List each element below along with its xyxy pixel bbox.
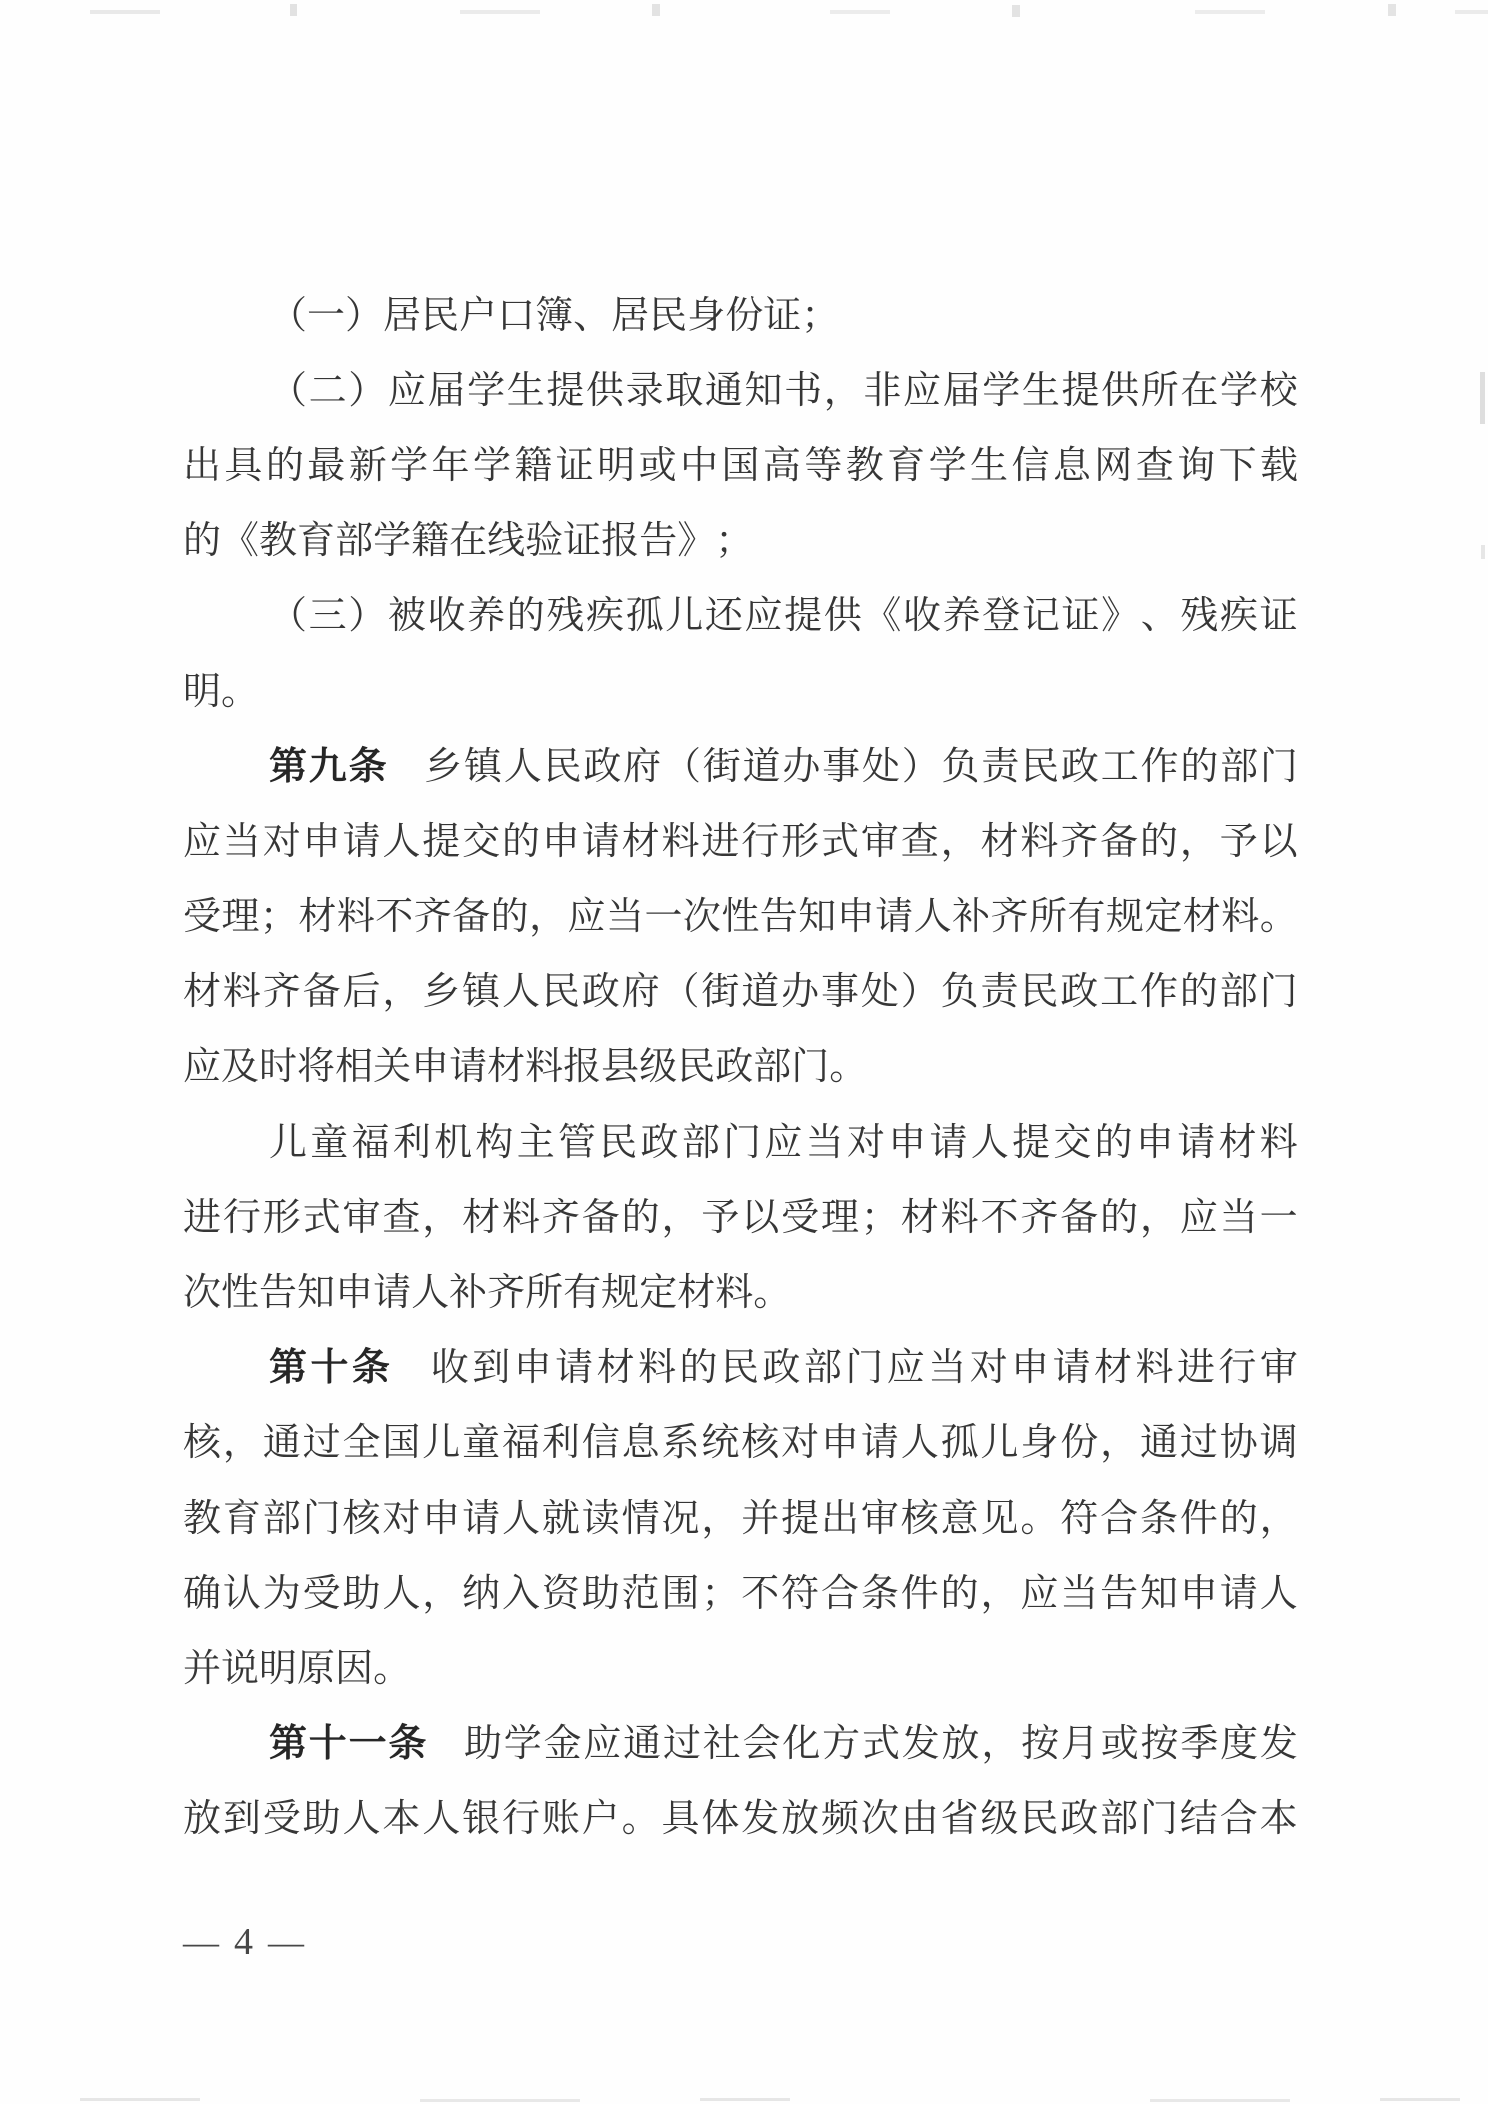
text-char: 请 <box>462 1500 500 1538</box>
text-char: 镇 <box>464 748 502 786</box>
text-char: 府 <box>622 973 660 1011</box>
text-char: 补 <box>952 898 990 936</box>
text-char: 纳 <box>462 1575 500 1613</box>
text-char: 的 <box>266 447 304 485</box>
text-char: 齐 <box>414 898 452 936</box>
text-char: 通 <box>263 1424 301 1462</box>
text-char: 化 <box>782 1725 820 1763</box>
text-char: 申 <box>837 898 875 936</box>
text-char: 事 <box>822 748 860 786</box>
text-char: 请 <box>1053 1349 1091 1387</box>
text-char: 届 <box>943 372 981 410</box>
text-char: ， <box>422 1575 460 1613</box>
text-char: 作 <box>1141 748 1179 786</box>
text-char: 体 <box>701 1800 739 1838</box>
article-heading-char: 条 <box>388 1725 426 1763</box>
text-char: 材 <box>901 1199 939 1237</box>
text-char: 育 <box>223 1500 261 1538</box>
text-char: 材 <box>1183 898 1221 936</box>
text-char: 通 <box>705 372 743 410</box>
text-char: 政 <box>641 1124 679 1162</box>
text-char: 查 <box>382 1199 420 1237</box>
text-char: 料 <box>1260 1124 1298 1162</box>
text-char: 请 <box>861 1424 899 1462</box>
text-char: 及 <box>221 1048 259 1086</box>
text-char: 证 <box>1062 597 1100 635</box>
text-char: 收 <box>428 597 466 635</box>
text-char: 关 <box>373 1048 411 1086</box>
text-char: 办 <box>782 748 820 786</box>
text-char: 申 <box>514 1349 552 1387</box>
text-char: 式 <box>821 823 859 861</box>
text-char: 民 <box>1020 1800 1058 1838</box>
text-char: 记 <box>1022 597 1060 635</box>
text-char: 符 <box>781 1575 819 1613</box>
text-char: 县 <box>601 1048 639 1086</box>
text-char: 孤 <box>626 597 664 635</box>
text-char: 核 <box>183 1424 221 1462</box>
text-char: 省 <box>941 1800 979 1838</box>
text-char: 部 <box>804 1349 842 1387</box>
heading-gap <box>388 766 422 767</box>
scan-artifact <box>80 2098 200 2101</box>
text-char: 身 <box>687 297 725 335</box>
text-char: 民 <box>421 297 459 335</box>
text-char: 齐 <box>263 973 301 1011</box>
text-char: 料 <box>941 1199 979 1237</box>
text-char: 所 <box>525 1274 563 1312</box>
text-char: 残 <box>1180 597 1218 635</box>
text-char: 审 <box>861 1500 899 1538</box>
text-char: 方 <box>822 1725 860 1763</box>
scan-artifact <box>1380 2098 1460 2101</box>
text-char: 材 <box>487 1048 525 1086</box>
text-char: 审 <box>1260 1349 1298 1387</box>
text-char: ， <box>662 1199 700 1237</box>
text-char: 的 <box>1180 973 1218 1011</box>
text-char: ， <box>701 1500 739 1538</box>
text-char: 提 <box>1012 1124 1050 1162</box>
text-char: 籍 <box>411 522 449 560</box>
article-heading-char: 十 <box>309 1725 347 1763</box>
text-char: 报 <box>601 522 639 560</box>
text-char: 规 <box>1106 898 1144 936</box>
text-char: 请 <box>1177 1124 1215 1162</box>
text-char: 请 <box>582 823 620 861</box>
text-char: ） <box>348 597 386 635</box>
text-char: 齐 <box>991 898 1029 936</box>
text-char: 政 <box>1060 1800 1098 1838</box>
text-char: 统 <box>701 1424 739 1462</box>
text-char: 意 <box>941 1500 979 1538</box>
text-char: 一 <box>1260 1199 1298 1237</box>
text-char: 生 <box>1022 372 1060 410</box>
text-char: 政 <box>762 1349 800 1387</box>
text-char: 儿 <box>665 597 703 635</box>
text-char: 告 <box>760 898 798 936</box>
text-char: 发 <box>741 1800 779 1838</box>
text-char: ， <box>382 973 420 1011</box>
text-char: 材 <box>981 823 1019 861</box>
text-char: 以 <box>1260 823 1298 861</box>
text-char: 提 <box>422 823 460 861</box>
text-char: 行 <box>502 1800 540 1838</box>
text-char: 新 <box>349 447 387 485</box>
scan-artifact <box>830 10 890 14</box>
text-char: 门 <box>845 1349 883 1387</box>
text-char: 的 <box>502 823 540 861</box>
text-char: 件 <box>1180 1500 1218 1538</box>
text-char: 全 <box>343 1424 381 1462</box>
text-char: 助 <box>582 1575 620 1613</box>
text-char: 养 <box>467 597 505 635</box>
text-char: 说 <box>221 1650 259 1688</box>
text-char: 收 <box>903 597 941 635</box>
text-char: 人 <box>1260 1575 1298 1613</box>
text-char: 儿 <box>269 1124 307 1162</box>
text-char: 。 <box>221 673 259 711</box>
text-char: 因 <box>335 1650 373 1688</box>
text-char: 以 <box>741 1199 779 1237</box>
text-char: 助 <box>464 1725 502 1763</box>
text-char: 读 <box>582 1500 620 1538</box>
text-char: 申 <box>303 823 341 861</box>
text-char: 由 <box>901 1800 939 1838</box>
text-char: 》 <box>677 522 715 560</box>
text-char: 人 <box>422 1800 460 1838</box>
text-char: 料 <box>223 973 261 1011</box>
text-char: 材 <box>298 898 336 936</box>
text-char: 门 <box>1140 1800 1178 1838</box>
text-char: 份 <box>725 297 763 335</box>
text-char: 载 <box>1260 447 1298 485</box>
text-line-17: 教育部门核对申请人就读情况，并提出审核意见。符合条件的， <box>183 1481 1298 1556</box>
text-char: 学 <box>467 372 505 410</box>
text-char: 应 <box>388 372 426 410</box>
text-char: 、 <box>573 297 611 335</box>
text-char: 备 <box>303 973 341 1011</box>
text-char: 部 <box>335 522 373 560</box>
text-char: 材 <box>1218 1124 1256 1162</box>
text-char: ） <box>902 748 940 786</box>
text-char: （ <box>269 597 307 635</box>
text-char: 民 <box>599 1124 637 1162</box>
text-char: 对 <box>781 1424 819 1462</box>
text-char: 形 <box>781 823 819 861</box>
text-char: 。 <box>829 1048 867 1086</box>
text-char: 的 <box>680 1349 718 1387</box>
text-char: 部 <box>1220 748 1258 786</box>
text-char: 的 <box>1220 1500 1258 1538</box>
text-char: ， <box>824 372 862 410</box>
text-char: 所 <box>1029 898 1067 936</box>
document-page: （一）居民户口簿、居民身份证；（二）应届学生提供录取通知书，非应届学生提供所在学… <box>0 0 1488 2104</box>
text-char: 童 <box>462 1424 500 1462</box>
text-char: 利 <box>542 1424 580 1462</box>
text-char: 告 <box>639 522 677 560</box>
text-char: 养 <box>943 597 981 635</box>
text-char: ， <box>529 898 567 936</box>
text-char: 民 <box>721 1349 759 1387</box>
text-char: 登 <box>982 597 1020 635</box>
text-char: 下 <box>1219 447 1257 485</box>
text-char: 、 <box>1141 597 1179 635</box>
text-char: 应 <box>183 1048 221 1086</box>
text-char: ） <box>345 297 383 335</box>
text-char: 学 <box>504 1725 542 1763</box>
text-char: 证 <box>763 297 801 335</box>
text-char: ， <box>422 1199 460 1237</box>
text-char: 按 <box>1141 1725 1179 1763</box>
text-char: 证 <box>1260 597 1298 635</box>
scan-artifact <box>1480 372 1485 424</box>
text-char: 知 <box>1140 1575 1178 1613</box>
text-char: 按 <box>1021 1725 1059 1763</box>
text-char: 的 <box>1140 823 1178 861</box>
text-char: 的 <box>183 522 221 560</box>
text-char: 生 <box>970 447 1008 485</box>
text-char: 。 <box>1020 1500 1058 1538</box>
text-char: 次 <box>861 1800 899 1838</box>
text-char: 入 <box>502 1575 540 1613</box>
text-char: 不 <box>981 1199 1019 1237</box>
text-char: 材 <box>597 1349 635 1387</box>
text-char: 金 <box>544 1725 582 1763</box>
heading-gap <box>393 1368 427 1369</box>
text-char: 童 <box>310 1124 348 1162</box>
text-char: 政 <box>1060 973 1098 1011</box>
text-char: 次 <box>183 1274 221 1312</box>
text-char: 将 <box>297 1048 335 1086</box>
text-char: 人 <box>382 823 420 861</box>
text-char: ） <box>901 973 939 1011</box>
text-char: 取 <box>665 372 703 410</box>
text-char: 应 <box>1020 1575 1058 1613</box>
text-char: 疾 <box>1220 597 1258 635</box>
article-heading-char: 九 <box>309 748 347 786</box>
text-char: 民 <box>544 748 582 786</box>
text-char: 况 <box>662 1500 700 1538</box>
text-line-13: 进行形式审查，材料齐备的，予以受理；材料不齐备的，应当一 <box>183 1180 1298 1255</box>
text-char: 予 <box>1220 823 1258 861</box>
text-char: 责 <box>981 973 1019 1011</box>
text-char: 符 <box>1060 1500 1098 1538</box>
text-char: 料 <box>638 1349 676 1387</box>
text-char: 福 <box>352 1124 390 1162</box>
text-char: 或 <box>639 447 677 485</box>
text-char: 受 <box>263 1800 301 1838</box>
text-char: 学 <box>373 522 411 560</box>
text-char: 或 <box>1101 1725 1139 1763</box>
text-char: 应 <box>583 1725 621 1763</box>
text-char: 材 <box>677 1274 715 1312</box>
text-char: 合 <box>821 1575 859 1613</box>
text-char: 过 <box>1180 1424 1218 1462</box>
text-char: 责 <box>981 748 1019 786</box>
text-char: 齐 <box>487 1274 525 1312</box>
text-char: 料 <box>1221 898 1259 936</box>
text-char: 条 <box>861 1575 899 1613</box>
text-char: 工 <box>1100 973 1138 1011</box>
text-char: 申 <box>411 1048 449 1086</box>
text-char: 本 <box>1260 1800 1298 1838</box>
text-char: 簿 <box>535 297 573 335</box>
text-char: 政 <box>582 973 620 1011</box>
text-char: 相 <box>335 1048 373 1086</box>
text-char: 年 <box>432 447 470 485</box>
text-char: 负 <box>942 748 980 786</box>
article-heading-char: 第 <box>269 1349 307 1387</box>
text-char: 学 <box>473 447 511 485</box>
text-char: 人 <box>502 1500 540 1538</box>
text-char: ； <box>260 898 298 936</box>
text-char: 工 <box>1101 748 1139 786</box>
text-char: ， <box>223 1424 261 1462</box>
text-char: 管 <box>558 1124 596 1162</box>
text-char: 学 <box>390 447 428 485</box>
text-char: 门 <box>1260 973 1298 1011</box>
text-char: 当 <box>223 823 261 861</box>
text-char: 理 <box>221 898 259 936</box>
text-char: 残 <box>546 597 584 635</box>
text-line-7: 第九条乡镇人民政府（街道办事处）负责民政工作的部门 <box>183 729 1298 804</box>
text-char: 部 <box>753 1048 791 1086</box>
text-char: 度 <box>1220 1725 1258 1763</box>
footer-dash-right: — <box>268 1924 304 1960</box>
text-char: ， <box>981 1575 1019 1613</box>
text-char: 乡 <box>424 748 462 786</box>
scan-artifact <box>290 4 297 16</box>
text-char: 过 <box>663 1725 701 1763</box>
text-char: 提 <box>781 1500 819 1538</box>
text-char: 镇 <box>462 973 500 1011</box>
text-char: 当 <box>1220 1199 1258 1237</box>
text-char: 到 <box>472 1349 510 1387</box>
text-char: 受 <box>303 1575 341 1613</box>
article-heading-char: 一 <box>349 1725 387 1763</box>
text-char: 的 <box>1095 1124 1133 1162</box>
text-char: 知 <box>745 372 783 410</box>
text-char: 结 <box>1180 1800 1218 1838</box>
text-char: 道 <box>743 748 781 786</box>
text-char: 报 <box>563 1048 601 1086</box>
text-char: 当 <box>1060 1575 1098 1613</box>
text-line-12: 儿童福利机构主管民政部门应当对申请人提交的申请材料 <box>183 1105 1298 1180</box>
scan-artifact <box>460 10 540 14</box>
text-char: 应 <box>887 1349 925 1387</box>
text-char: ） <box>348 372 386 410</box>
text-char: 政 <box>1061 748 1099 786</box>
text-char: 应 <box>764 1124 802 1162</box>
text-char: 线 <box>487 522 525 560</box>
text-char: 政 <box>715 1048 753 1086</box>
heading-gap <box>428 1744 462 1745</box>
text-char: 。 <box>622 1800 660 1838</box>
text-char: ， <box>1180 823 1218 861</box>
text-char: 后 <box>343 973 381 1011</box>
text-char: 料 <box>1136 1349 1174 1387</box>
text-char: 范 <box>622 1575 660 1613</box>
text-char: 进 <box>701 823 739 861</box>
text-char: 生 <box>507 372 545 410</box>
text-char: 申 <box>1180 1575 1218 1613</box>
text-char: 育 <box>887 447 925 485</box>
text-char: 就 <box>542 1500 580 1538</box>
text-char: 事 <box>821 973 859 1011</box>
text-char: 主 <box>517 1124 555 1162</box>
text-char: 学 <box>1220 372 1258 410</box>
text-char: 处 <box>861 973 899 1011</box>
body-text: （一）居民户口簿、居民身份证；（二）应届学生提供录取通知书，非应届学生提供所在学… <box>183 278 1298 1857</box>
text-char: 民 <box>1021 748 1059 786</box>
text-line-21: 放到受助人本人银行账户。具体发放频次由省级民政部门结合本 <box>183 1782 1298 1857</box>
text-char: 应 <box>1180 1199 1218 1237</box>
article-heading-char: 第 <box>269 748 307 786</box>
text-char: 教 <box>259 522 297 560</box>
text-char: 通 <box>623 1725 661 1763</box>
text-char: 所 <box>1141 372 1179 410</box>
text-char: 处 <box>862 748 900 786</box>
text-char: 学 <box>929 447 967 485</box>
text-char: 民 <box>542 973 580 1011</box>
text-char: 的 <box>1180 748 1218 786</box>
text-char: 审 <box>343 1199 381 1237</box>
text-char: 学 <box>982 372 1020 410</box>
text-char: 的 <box>622 1199 660 1237</box>
text-char: 政 <box>583 748 621 786</box>
text-char: 的 <box>941 1575 979 1613</box>
text-char: （ <box>662 973 700 1011</box>
text-char: 录 <box>626 372 664 410</box>
scan-artifact <box>1481 545 1485 559</box>
text-char: 当 <box>806 1124 844 1162</box>
text-char: 籍 <box>514 447 552 485</box>
text-char: 调 <box>1260 1424 1298 1462</box>
text-char: 份 <box>1060 1424 1098 1462</box>
text-char: 理 <box>821 1199 859 1237</box>
text-char: 告 <box>259 1274 297 1312</box>
text-char: 门 <box>303 1500 341 1538</box>
text-line-14: 次性告知申请人补齐所有规定材料。 <box>183 1255 1298 1330</box>
text-char: 户 <box>459 297 497 335</box>
text-char: 民 <box>649 297 687 335</box>
text-char: 行 <box>741 823 779 861</box>
text-char: 书 <box>784 372 822 410</box>
text-char: ； <box>715 522 753 560</box>
text-char: 定 <box>1144 898 1182 936</box>
text-char: 通 <box>1140 1424 1178 1462</box>
text-char: 询 <box>1177 447 1215 485</box>
article-heading-char: 十 <box>310 1349 348 1387</box>
text-char: 知 <box>798 898 836 936</box>
text-char: 系 <box>662 1424 700 1462</box>
text-char: 核 <box>343 1500 381 1538</box>
text-char: 式 <box>862 1725 900 1763</box>
text-char: 户 <box>582 1800 620 1838</box>
text-char: 料 <box>715 1274 753 1312</box>
text-char: ； <box>701 1575 739 1613</box>
text-char: 息 <box>1053 447 1091 485</box>
text-char: 料 <box>1020 823 1058 861</box>
text-char: 备 <box>582 1199 620 1237</box>
text-char: 频 <box>821 1800 859 1838</box>
text-char: 供 <box>586 372 624 410</box>
text-char: 人 <box>411 1274 449 1312</box>
text-char: 作 <box>1140 973 1178 1011</box>
text-char: 予 <box>701 1199 739 1237</box>
text-char: 料 <box>337 898 375 936</box>
text-char: 门 <box>791 1048 829 1086</box>
